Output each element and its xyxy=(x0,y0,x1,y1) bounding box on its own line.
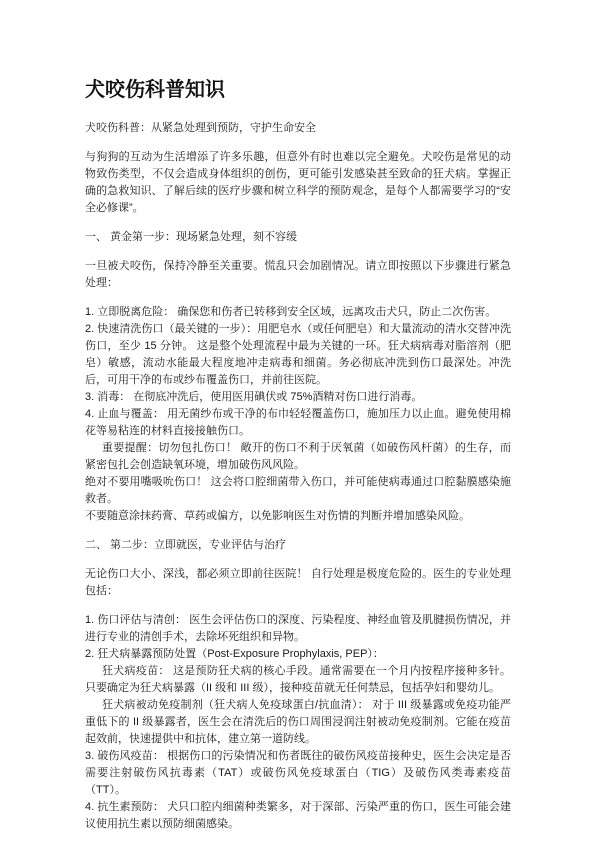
document-content: 犬咬伤科普知识 犬咬伤科普：从紧急处理到预防，守护生命安全 与狗狗的互动为生活增… xyxy=(85,76,511,841)
list-item-vaccine: 狂犬病疫苗： 这是预防狂犬病的核心手段。通常需要在一个月内按程序接种多针。只要确… xyxy=(85,663,511,697)
list-item-immunoglobulin: 狂犬病被动免疫制剂（狂犬病人免疫球蛋白/抗血清）： 对于 III 级暴露或免疫功… xyxy=(85,697,511,748)
list-item: 3. 消毒： 在彻底冲洗后，使用医用碘伏或 75%酒精对伤口进行消毒。 xyxy=(85,389,511,406)
list-item: 3. 破伤风疫苗： 根据伤口的污染情况和伤者既往的破伤风疫苗接种史，医生会决定是… xyxy=(85,748,511,799)
section-1-heading: 一、 黄金第一步：现场紧急处理，刻不容缓 xyxy=(85,229,511,246)
list-item: 4. 抗生素预防： 犬只口腔内细菌种类繁多，对于深部、污染严重的伤口，医生可能会… xyxy=(85,799,511,833)
list-item-important-note: 重要提醒：切勿包扎伤口！ 敞开的伤口不利于厌氧菌（如破伤风杆菌）的生存，而紧密包… xyxy=(85,440,511,474)
document-subtitle: 犬咬伤科普：从紧急处理到预防，守护生命安全 xyxy=(85,120,511,137)
list-item-warning: 绝对不要用嘴吸吮伤口！ 这会将口腔细菌带入伤口，并可能使病毒通过口腔黏膜感染施救… xyxy=(85,474,511,508)
intro-paragraph: 与狗狗的互动为生活增添了许多乐趣，但意外有时也难以完全避免。犬咬伤是常见的动物致… xyxy=(85,149,511,217)
list-item: 1. 伤口评估与清创： 医生会评估伤口的深度、污染程度、神经血管及肌腱损伤情况，… xyxy=(85,612,511,646)
section-1-lead: 一旦被犬咬伤，保持冷静至关重要。慌乱只会加剧情况。请立即按照以下步骤进行紧急处理… xyxy=(85,258,511,292)
page-title: 犬咬伤科普知识 xyxy=(85,76,511,104)
section-1-list: 1. 立即脱离危险： 确保您和伤者已转移到安全区域，远离攻击犬只，防止二次伤害。… xyxy=(85,304,511,525)
list-item: 2. 快速清洗伤口（最关键的一步）：用肥皂水（或任何肥皂）和大量流动的清水交替冲… xyxy=(85,321,511,389)
document-page: 犬咬伤科普知识 犬咬伤科普：从紧急处理到预防，守护生命安全 与狗狗的互动为生活增… xyxy=(0,0,595,841)
list-item: 1. 立即脱离危险： 确保您和伤者已转移到安全区域，远离攻击犬只，防止二次伤害。 xyxy=(85,304,511,321)
list-item: 2. 狂犬病暴露预防处置（Post-Exposure Prophylaxis, … xyxy=(85,646,511,663)
list-item: 4. 止血与覆盖： 用无菌纱布或干净的布巾轻轻覆盖伤口，施加压力以止血。避免使用… xyxy=(85,406,511,440)
list-item-warning: 不要随意涂抹药膏、草药或偏方，以免影响医生对伤情的判断并增加感染风险。 xyxy=(85,508,511,525)
section-2-heading: 二、 第二步：立即就医，专业评估与治疗 xyxy=(85,537,511,554)
section-2-list: 1. 伤口评估与清创： 医生会评估伤口的深度、污染程度、神经血管及肌腱损伤情况，… xyxy=(85,612,511,833)
section-2-lead: 无论伤口大小、深浅，都必须立即前往医院！ 自行处理是极度危险的。医生的专业处理包… xyxy=(85,566,511,600)
